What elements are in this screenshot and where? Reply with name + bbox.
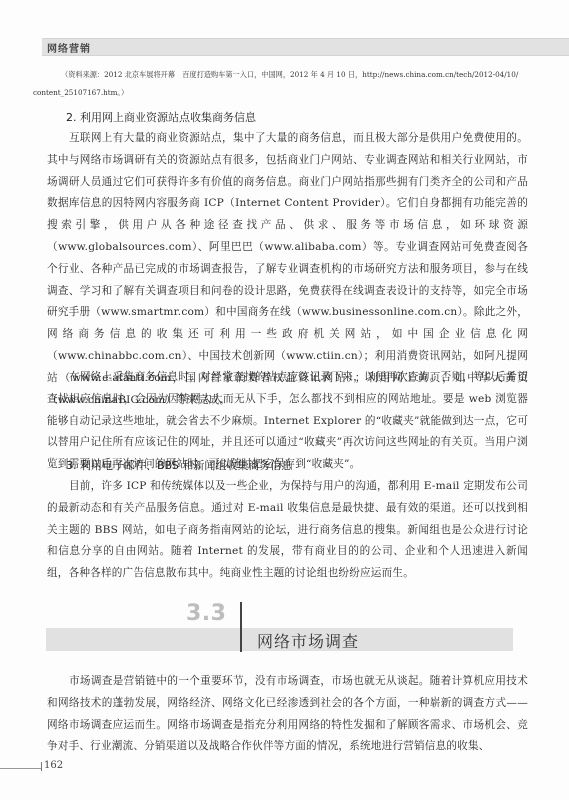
footer-tick [41, 762, 42, 771]
running-header-title: 网络营销 [47, 40, 91, 55]
source-citation-line-2: content_25107167.htm。） [47, 84, 537, 102]
section-divider-line [240, 602, 242, 652]
paragraph-email-bbs-newsgroups: 目前，许多 ICP 和传统媒体以及一些企业，为保持与用户的沟通，都利用 E-ma… [47, 476, 528, 585]
page-number: 162 [44, 760, 63, 771]
source-citation-line-1: （资料来源：2012 北京车展将开幕 百度打造购车第一入口，中国网，2012 年… [61, 70, 518, 79]
running-header-bar: 网络营销 [42, 38, 569, 56]
source-citation: （资料来源：2012 北京车展将开幕 百度打造购车第一入口，中国网，2012 年… [47, 66, 537, 102]
section-number: 3.3 [186, 601, 226, 626]
subheading-3: 3. 利用电子邮件、BBS 和新闻组收集商务信息 [66, 457, 292, 473]
footer-rule [0, 768, 41, 769]
subheading-2: 2. 利用网上商业资源站点收集商务信息 [66, 109, 256, 125]
section-title: 网络市场调查 [257, 629, 359, 652]
paragraph-network-market-research: 市场调查是营销链中的一个重要环节，没有市场调查，市场也就无从谈起。随着计算机应用… [47, 671, 528, 758]
